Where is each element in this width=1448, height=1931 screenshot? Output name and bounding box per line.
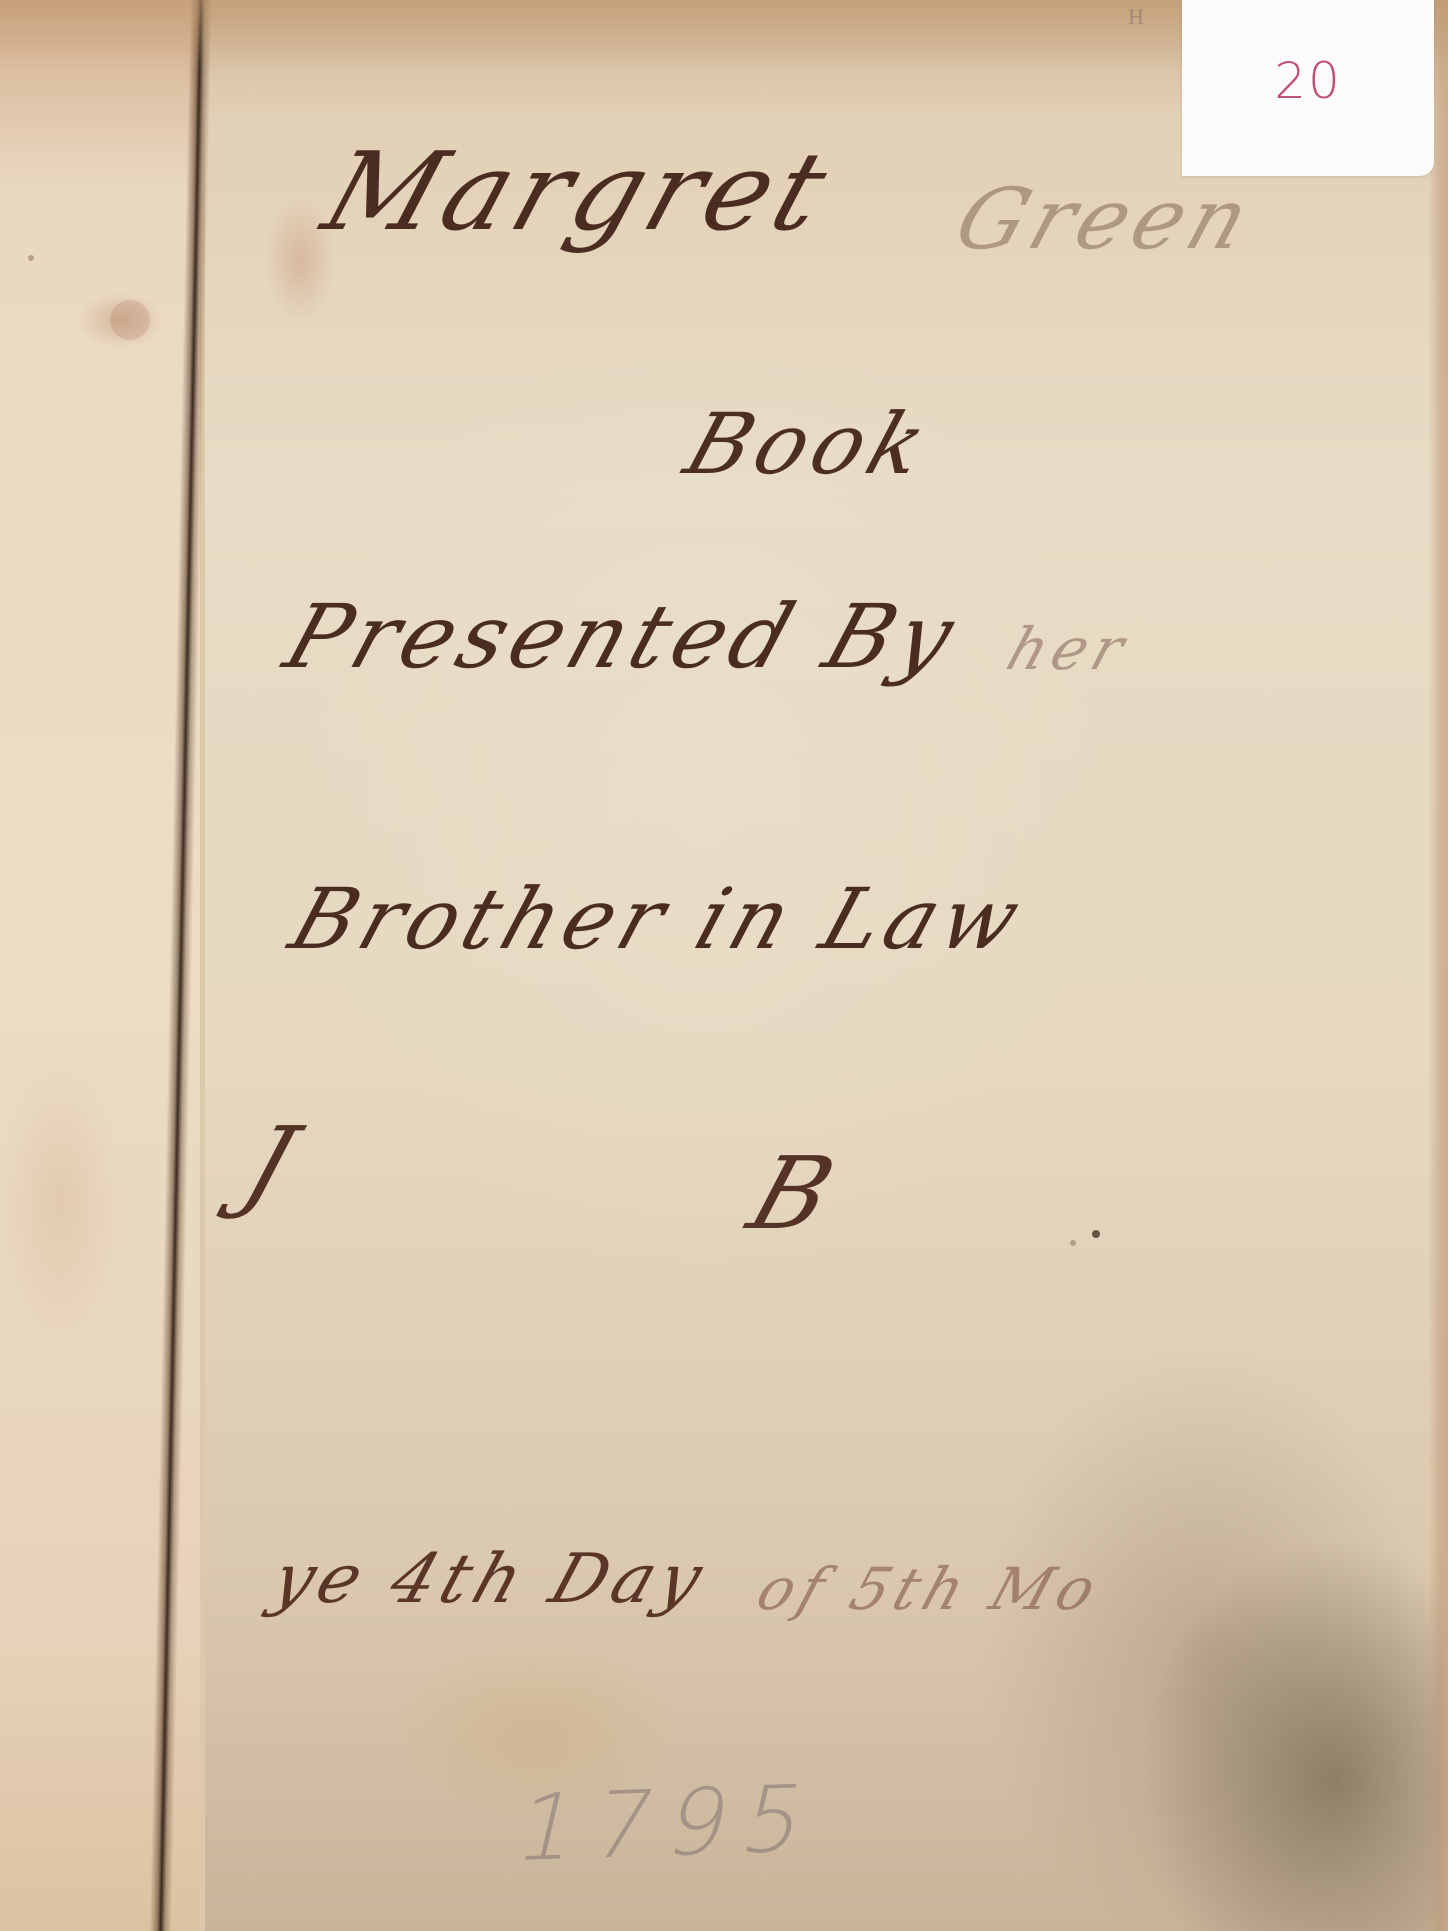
inscription-year: 1795 (506, 1765, 832, 1882)
inscription-brother-in-law: Brother in Law (279, 870, 1037, 968)
inscription-her-faded: her (999, 615, 1139, 683)
catalog-number: 20 (1182, 52, 1434, 110)
inscription-date: ye 4th Day (262, 1540, 717, 1619)
inscription-surname-faded: Green (944, 170, 1267, 268)
ink-spot (28, 255, 34, 261)
inscription-book: Book (674, 395, 944, 493)
stain-spot (110, 300, 150, 340)
inscription-date-faded: of 5th Mo (749, 1555, 1110, 1623)
inscription-name: Margret (310, 130, 847, 255)
page-edge-right (1428, 0, 1448, 1931)
ink-spot (1070, 1240, 1076, 1246)
inscription-presented-by: Presented By (273, 585, 972, 688)
catalog-tag: 20 (1182, 0, 1434, 176)
faint-stamp: H (1128, 4, 1144, 30)
ink-dot (1092, 1230, 1100, 1238)
book-flyleaf-photo: H 20 Margret Green Book Presented By her… (0, 0, 1448, 1931)
